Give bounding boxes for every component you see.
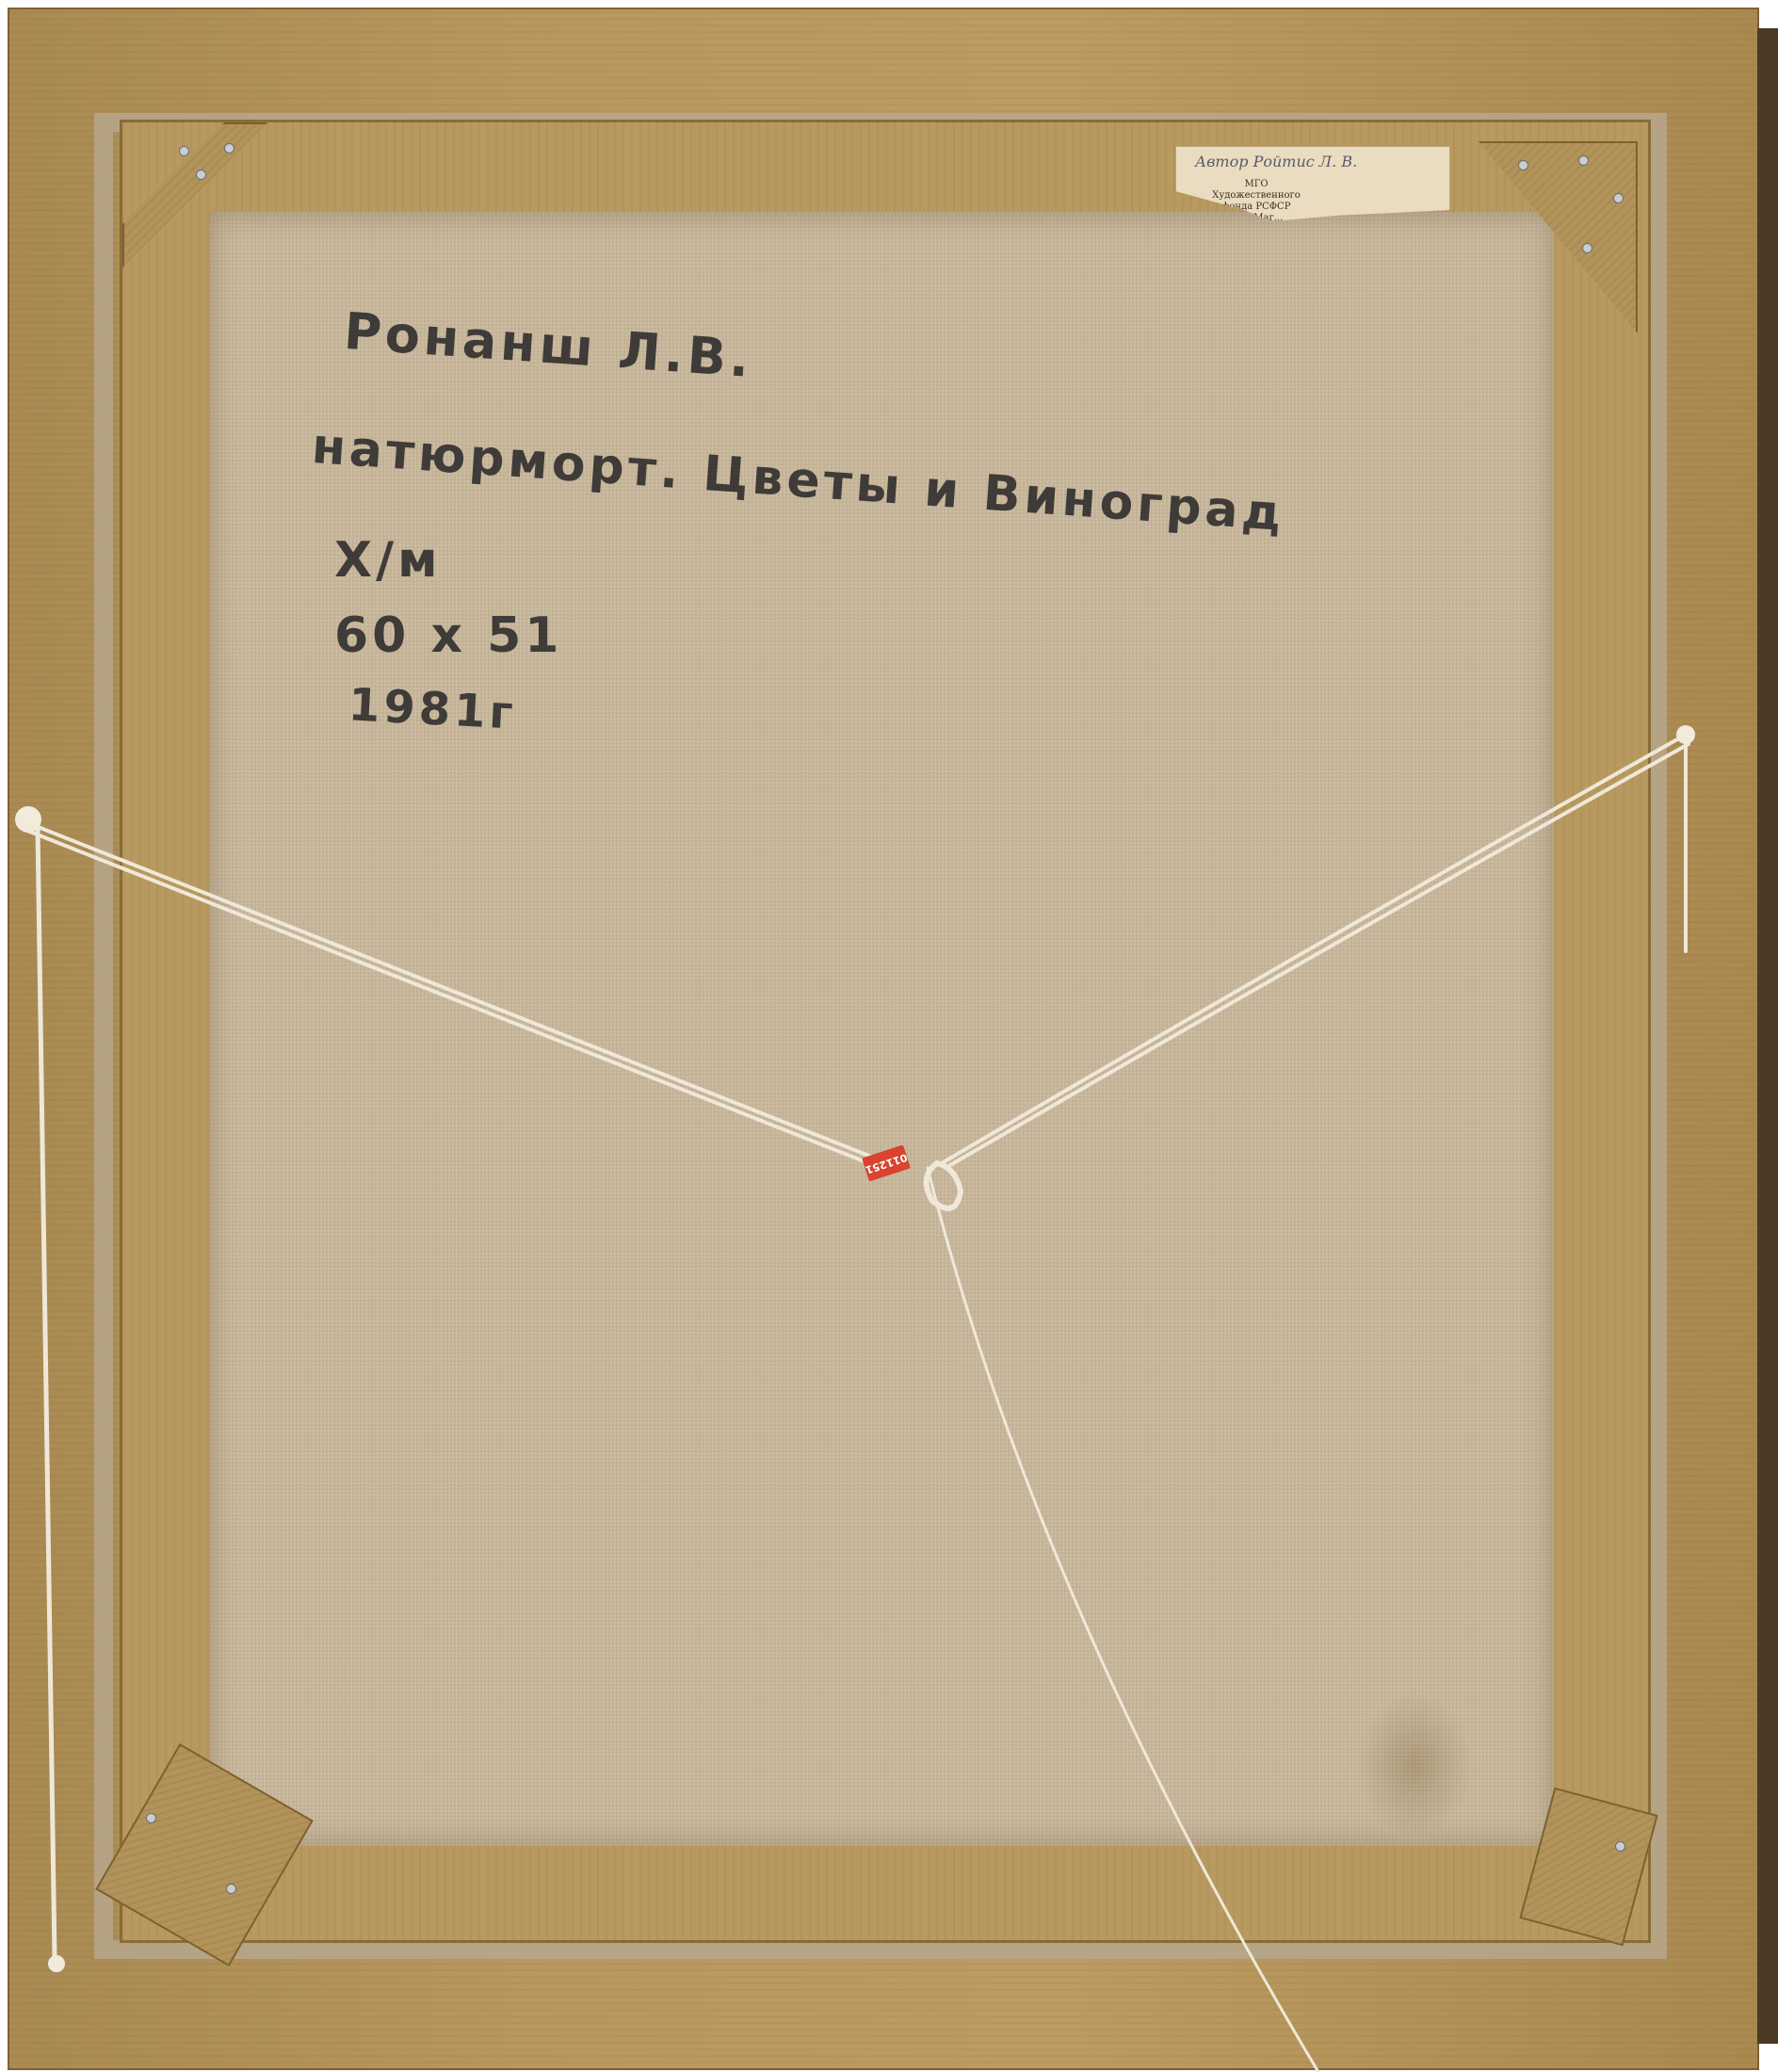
painting-verso-photo: Ронанш Л.В. натюрморт. Цветы и Виноград … <box>0 0 1778 2072</box>
hanging-string <box>0 0 1778 2072</box>
